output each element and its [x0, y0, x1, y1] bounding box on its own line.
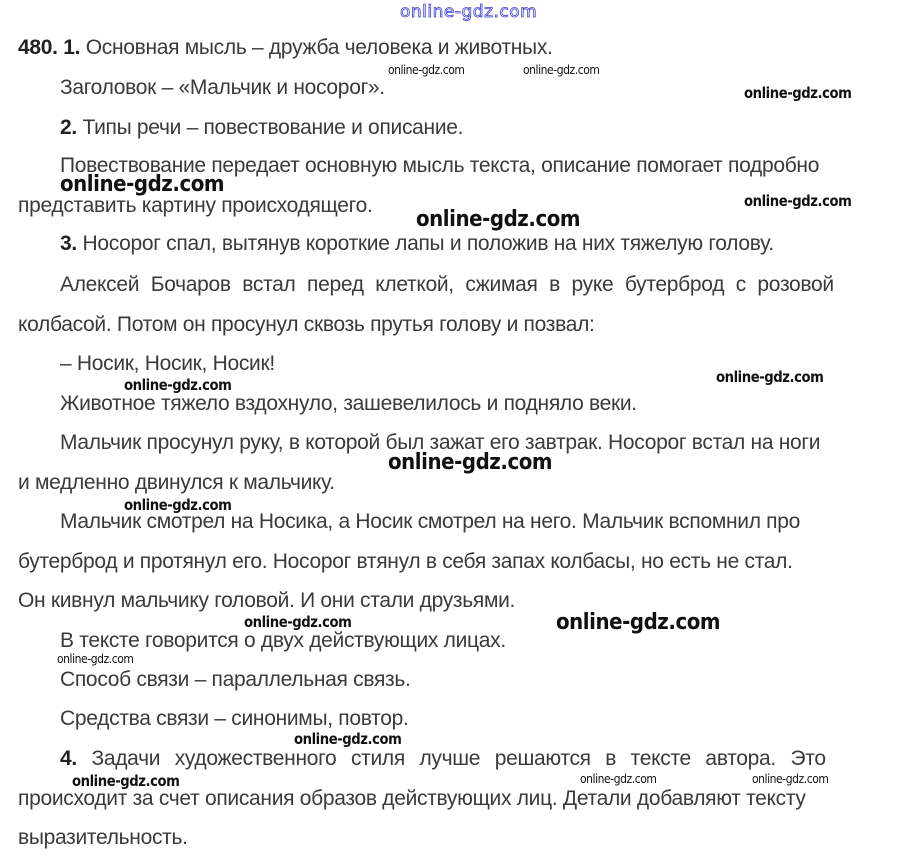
- watermark: online-gdz.com: [124, 496, 231, 514]
- paragraph-line: выразительность.: [18, 826, 188, 850]
- watermark: online-gdz.com: [744, 84, 851, 102]
- section-label: 4.: [60, 747, 77, 770]
- paragraph-line: Алексей Бочаров встал перед клеткой, сжи…: [60, 273, 910, 297]
- paragraph-line: происходит за счет описания образов дейс…: [18, 787, 806, 811]
- paragraph-line: – Носик, Носик, Носик!: [60, 352, 275, 376]
- header-watermark: online-gdz.com: [400, 2, 537, 22]
- paragraph-line: Способ связи – параллельная связь.: [60, 668, 411, 692]
- paragraph-line: и медленно двинулся к мальчику.: [18, 471, 335, 495]
- paragraph-line: 3. Носорог спал, вытянув короткие лапы и…: [60, 232, 774, 256]
- document-page: online-gdz.com 480. 1. Основная мысль – …: [0, 0, 924, 864]
- watermark: online-gdz.com: [716, 368, 823, 386]
- watermark: online-gdz.com: [388, 63, 464, 77]
- paragraph-line: Средства связи – синонимы, повтор.: [60, 707, 409, 731]
- watermark: online-gdz.com: [388, 450, 552, 475]
- section-label: 3.: [60, 232, 77, 255]
- paragraph-line: представить картину происходящего.: [18, 194, 373, 218]
- exercise-number: 480.: [18, 36, 58, 59]
- watermark: online-gdz.com: [580, 772, 656, 786]
- paragraph-line: бутерброд и протянул его. Носорог втянул…: [18, 550, 793, 574]
- watermark: online-gdz.com: [523, 63, 599, 77]
- paragraph-line: В тексте говорится о двух действующих ли…: [60, 629, 506, 653]
- paragraph-line: 480. 1. Основная мысль – дружба человека…: [18, 36, 553, 60]
- section-label: 1.: [63, 36, 80, 59]
- watermark: online-gdz.com: [294, 730, 401, 748]
- watermark: online-gdz.com: [416, 207, 580, 232]
- watermark: online-gdz.com: [244, 613, 351, 631]
- watermark: online-gdz.com: [752, 772, 828, 786]
- paragraph-line: Он кивнул мальчику головой. И они стали …: [18, 589, 515, 613]
- watermark: online-gdz.com: [744, 192, 851, 210]
- paragraph-line: 4. Задачи художественного стиля лучше ре…: [60, 747, 826, 771]
- watermark: online-gdz.com: [57, 652, 133, 666]
- paragraph-line: Животное тяжело вздохнуло, зашевелилось …: [60, 392, 637, 416]
- paragraph-line: колбасой. Потом он просунул сквозь пруть…: [18, 313, 595, 337]
- paragraph-line: Заголовок – «Мальчик и носорог».: [60, 76, 385, 100]
- watermark: online-gdz.com: [556, 610, 720, 635]
- paragraph-line: 2. Типы речи – повествование и описание.: [60, 116, 463, 140]
- watermark: online-gdz.com: [124, 376, 231, 394]
- section-label: 2.: [60, 116, 77, 139]
- watermark: online-gdz.com: [60, 172, 224, 197]
- watermark: online-gdz.com: [72, 772, 179, 790]
